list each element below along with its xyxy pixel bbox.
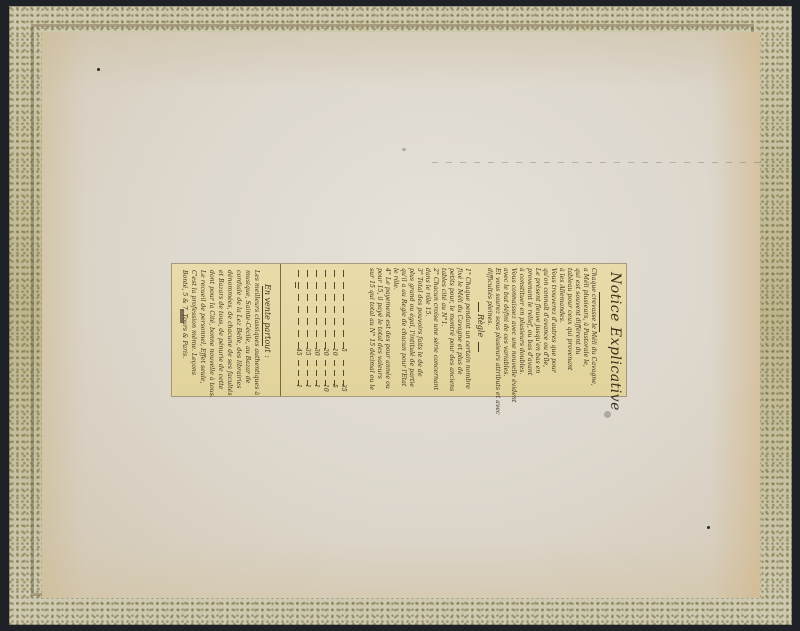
table-cell-left: 10 xyxy=(331,348,338,356)
dash-leader xyxy=(298,330,299,337)
dash-leader xyxy=(307,380,308,386)
rule-dash-bottom xyxy=(478,342,479,352)
dash-leader xyxy=(307,282,308,289)
rule-line: 2° Chacun croise une série concernant xyxy=(431,268,439,390)
dash-leader xyxy=(334,294,335,301)
left-line: dénommées, de chacune de ses facultés xyxy=(225,270,233,396)
table-cell-left: 30 xyxy=(313,348,320,356)
dash-leader xyxy=(316,306,317,313)
stain-spot xyxy=(604,411,611,418)
dust-spot xyxy=(707,526,710,529)
intro-line: avec le but défini de ces variables. xyxy=(501,268,509,376)
left-line: C'est la profession même. Leçons xyxy=(189,270,197,375)
table-cell-left: 20 xyxy=(322,348,329,356)
dust-spot xyxy=(97,68,100,71)
dash-leader xyxy=(316,330,317,337)
intro-line: Chaque crevasse le Méli du Cavagne, xyxy=(589,268,597,386)
dash-leader xyxy=(325,270,326,277)
dash-leader xyxy=(298,270,299,277)
rule-line: 4° Le payement est des pour année ou xyxy=(383,268,391,389)
dash-leader xyxy=(325,380,326,386)
dash-leader xyxy=(343,318,344,325)
dash-leader xyxy=(316,282,317,289)
intro-line: qui est souvent différent du xyxy=(573,268,581,355)
rule-line: dans le rôle 15. xyxy=(423,268,431,317)
intro-line: Vous connaissez avec une nouvelle éviden… xyxy=(509,268,517,402)
dash-leader xyxy=(316,370,317,376)
rule-line: petits pour, le montré pour des anciens xyxy=(447,268,455,391)
dash-leader xyxy=(316,342,317,349)
dash-leader xyxy=(334,270,335,277)
right-panel: Notice Explicative Chaque crevasse le Mé… xyxy=(281,264,626,396)
dust-spot xyxy=(402,148,406,151)
intro-line: Vous trouverez d'autres que pour xyxy=(549,268,557,373)
rule-line: fixé le Méli du Cavagne et plus de xyxy=(455,268,463,375)
dash-leader xyxy=(343,360,344,366)
dash-leader xyxy=(307,370,308,376)
notice-title: Notice Explicative xyxy=(607,272,623,411)
left-line: musique, Sainte-Cécile, au Bazar de xyxy=(243,270,251,383)
dash-leader xyxy=(343,342,344,349)
dash-leader xyxy=(325,370,326,376)
rule-line: 3° Total des pouvoirs faits le de de xyxy=(415,268,423,377)
explanatory-notice-document: En vente partout : Les meilleurs classiq… xyxy=(172,264,626,396)
dash-leader xyxy=(295,282,296,288)
left-line: dont pour la Cité, bonne nouvelle à tous… xyxy=(207,270,215,398)
intro-line: à les Allemandes. xyxy=(557,268,565,323)
dash-leader xyxy=(334,282,335,289)
table-cell-left: 45 xyxy=(295,348,302,356)
title-underline xyxy=(262,286,263,346)
dash-leader xyxy=(334,330,335,337)
left-line: Bonté, 5 & 7, Tours & Paris. xyxy=(180,270,188,358)
left-line: cordiale de la Lez Belle, des librairies xyxy=(234,270,242,388)
dash-leader xyxy=(307,342,308,349)
dash-leader xyxy=(343,380,344,386)
left-line: et Bazars de tous, de pénurie de cette xyxy=(216,270,224,389)
rule-heading: Règle xyxy=(476,314,485,337)
dash-leader xyxy=(298,342,299,349)
dash-leader xyxy=(307,318,308,325)
intro-line: tableau pour ceux qui provenant xyxy=(565,268,573,370)
dash-leader xyxy=(298,370,299,376)
dash-leader xyxy=(298,380,299,386)
dash-leader xyxy=(307,294,308,301)
rule-line: qu'il a au Regie de chacun pour l'Etat xyxy=(399,268,407,386)
dash-leader xyxy=(325,306,326,313)
rule-dash-top xyxy=(478,302,479,312)
dash-leader xyxy=(307,306,308,313)
dash-leader xyxy=(307,330,308,337)
dash-leader xyxy=(343,306,344,313)
table-cell-left: 35 xyxy=(304,348,311,356)
dash-leader xyxy=(298,282,299,289)
dash-leader xyxy=(343,370,344,376)
dash-leader xyxy=(316,294,317,301)
dash-leader xyxy=(334,318,335,325)
rule-line: sur 15 qui total au N° 15 décimal ou le xyxy=(367,268,375,390)
dash-leader xyxy=(316,380,317,386)
intro-line: Le présent fleuve jusqu'en bas en xyxy=(533,268,541,373)
rule-line: pour 15, il payé le total des valeurs xyxy=(375,268,383,379)
dash-leader xyxy=(334,306,335,313)
dash-leader xyxy=(334,342,335,349)
dash-leader xyxy=(316,360,317,366)
intro-line: difficultés pleines. xyxy=(485,268,493,325)
dash-leader xyxy=(343,294,344,301)
dash-leader xyxy=(325,342,326,349)
left-line: Le recueil de personnel, Effet seule, xyxy=(198,270,206,383)
dash-leader xyxy=(316,318,317,325)
rule-line: tables cité au N°1. xyxy=(439,268,447,327)
rule-line: le rôle. xyxy=(391,268,399,290)
dash-leader xyxy=(334,360,335,366)
dash-leader xyxy=(307,270,308,277)
dash-leader xyxy=(298,294,299,301)
dash-leader xyxy=(298,318,299,325)
dash-leader xyxy=(325,318,326,325)
intro-line: à constituer en plusieurs doubles. xyxy=(517,268,525,374)
intro-line: Et vous saurez sous plusieurs attributs … xyxy=(493,268,501,414)
paper-crease xyxy=(432,162,760,163)
dash-leader xyxy=(334,380,335,386)
dash-leader xyxy=(307,360,308,366)
rule-line: 1° Chaque pendant un certain nombre xyxy=(463,268,471,389)
left-panel-title: En vente partout : xyxy=(263,284,272,358)
dash-leader xyxy=(334,370,335,376)
intro-line: provenant le relief, ou bas d'avant xyxy=(525,268,533,375)
left-panel: En vente partout : Les meilleurs classiq… xyxy=(172,264,281,396)
dash-leader xyxy=(298,306,299,313)
title-underline xyxy=(599,292,600,332)
dash-leader xyxy=(316,270,317,277)
dash-leader xyxy=(325,360,326,366)
intro-line: a Méli plusieurs, à Pastorale le, xyxy=(581,268,589,367)
rule-line: plus grand ou égal, l'intitulé de partie xyxy=(407,268,415,387)
dash-leader xyxy=(325,282,326,289)
dash-leader xyxy=(343,270,344,277)
dash-leader xyxy=(325,330,326,337)
dash-leader xyxy=(343,330,344,337)
intro-line: qu'on connaît d'avance ou d'île, xyxy=(541,268,549,367)
dash-leader xyxy=(325,294,326,301)
left-line: Les meilleurs classiques authentiques à xyxy=(252,270,260,395)
dash-leader xyxy=(298,360,299,366)
dash-leader xyxy=(343,282,344,289)
